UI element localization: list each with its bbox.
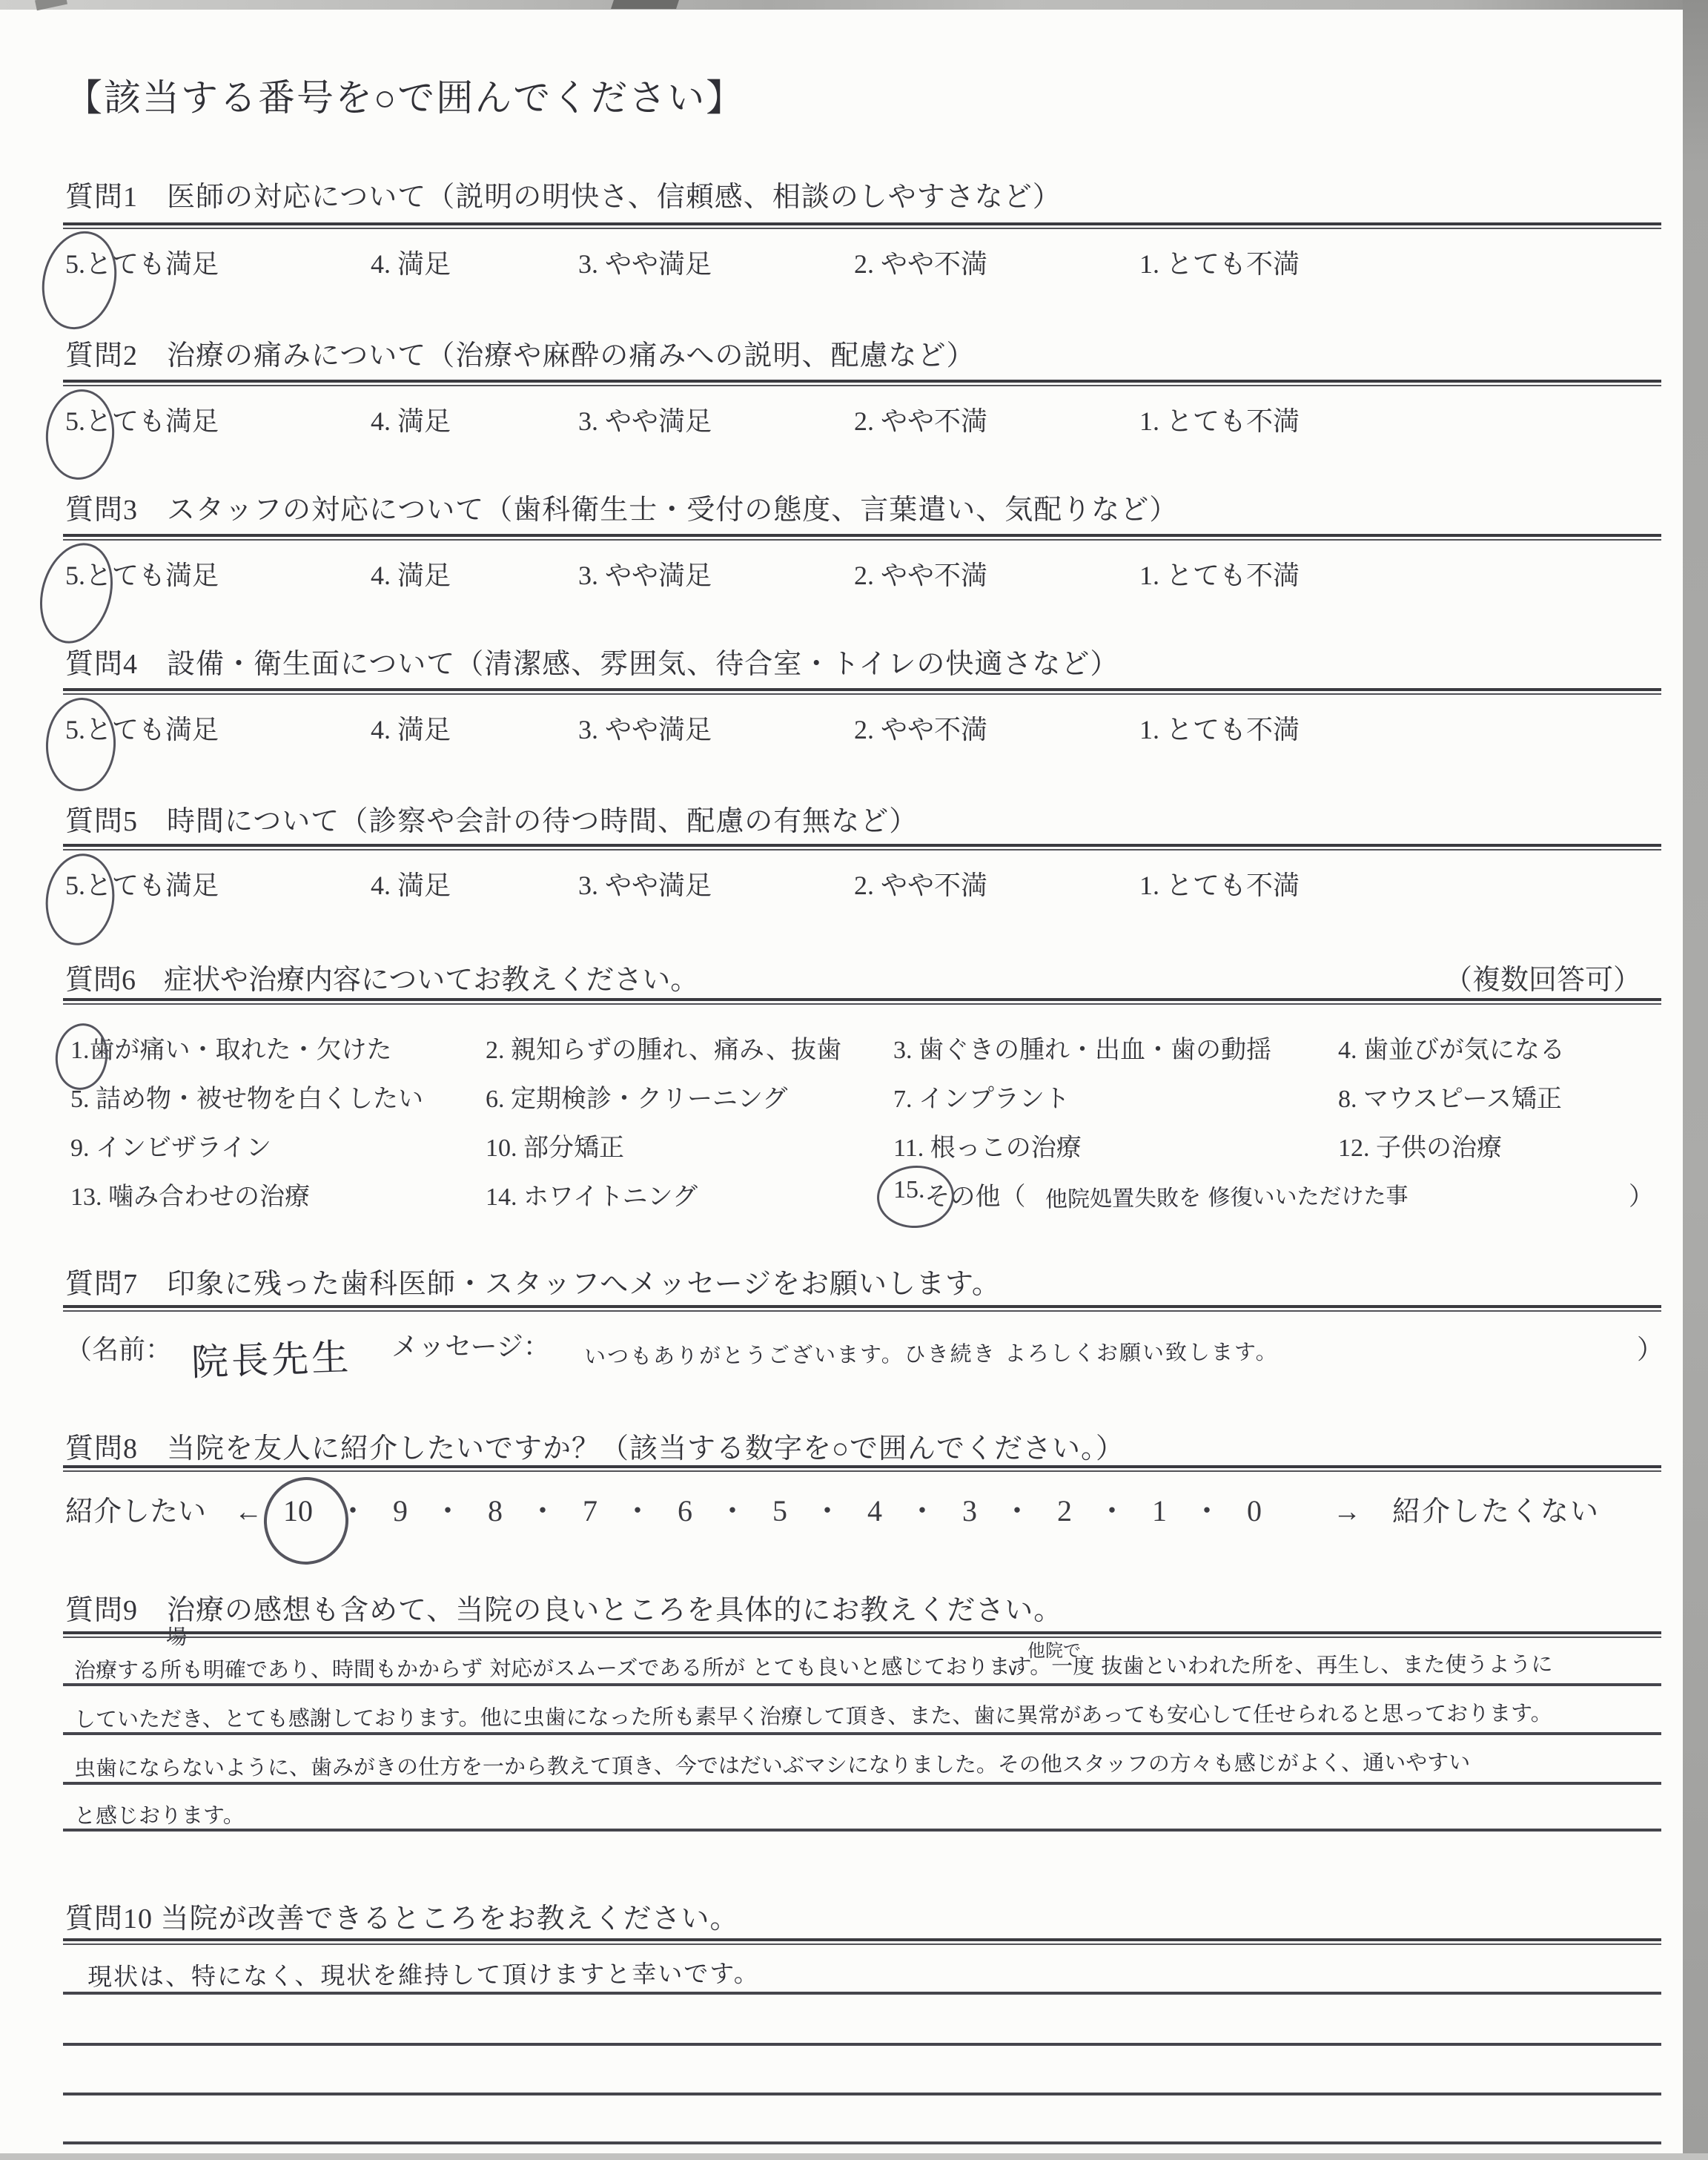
symptom-item-4: 4. 歯並びが気になる — [1338, 1029, 1664, 1066]
handwritten-circle — [42, 386, 118, 483]
option-2: 2. やや不満 — [854, 709, 1139, 747]
option-1: 1. とても不満 — [1139, 865, 1300, 902]
item-number: 3. — [893, 1037, 913, 1064]
option-4: 4. 満足 — [371, 865, 578, 902]
option-3: 3. やや満足 — [578, 709, 854, 747]
divider — [63, 534, 1661, 541]
closing-paren: ） — [1637, 1329, 1664, 1367]
q10-handwritten-answer: 現状は、特になく、現状を維持して頂けますと幸いです。 — [87, 1955, 760, 1993]
item-number: 14. — [486, 1183, 517, 1211]
option-5: 5.とても満足 — [65, 243, 371, 281]
question-6-row-3: 9. インビザライン 10. 部分矯正 11. 根っこの治療 12. 子供の治療 — [70, 1127, 1664, 1163]
question-1-options: 5.とても満足4. 満足3. やや満足2. やや不満1. とても不満 — [65, 243, 1664, 281]
q9-handwritten-line-3: 虫歯にならないように、歯みがきの仕方を一から教えて頂き、今ではだいぶマシになりま… — [74, 1745, 1653, 1782]
q9-handwritten-line-2: していただき、とても感謝しております。他に虫歯になった所も素早く治療して頂き、ま… — [74, 1696, 1653, 1733]
question-2-options: 5.とても満足4. 満足3. やや満足2. やや不満1. とても不満 — [65, 400, 1664, 438]
ruled-line — [63, 2043, 1661, 2046]
question-6-heading: 質問6 症状や治療内容についてお教えください。 — [65, 957, 698, 997]
option-4: 4. 満足 — [371, 400, 578, 438]
symptom-item-3: 3. 歯ぐきの腫れ・出血・歯の動揺 — [893, 1029, 1338, 1066]
item-label: 歯並びが気になる — [1363, 1037, 1565, 1064]
item-label: インプラント — [918, 1086, 1070, 1113]
item-number: 8. — [1338, 1086, 1357, 1113]
symptom-item-7: 7. インプラント — [893, 1078, 1338, 1114]
scanned-survey-page: 【該当する番号を○で囲んでください】 質問1 医師の対応について（説明の明快さ、… — [0, 0, 1708, 2160]
question-3-options: 5.とても満足4. 満足3. やや満足2. やや不満1. とても不満 — [65, 555, 1664, 592]
option-2: 2. やや不満 — [854, 243, 1139, 281]
handwritten-circle — [32, 223, 127, 337]
name-handwritten-value: 院長先生 — [191, 1327, 352, 1386]
question-6-row-2: 5. 詰め物・被せ物を白くしたい 6. 定期検診・クリーニング 7. インプラン… — [70, 1078, 1664, 1114]
option-2: 2. やや不満 — [854, 555, 1139, 592]
item-number: 4. — [1338, 1037, 1357, 1064]
symptom-item-14: 14. ホワイトニング — [486, 1176, 893, 1212]
handwritten-circle — [29, 535, 124, 653]
divider — [63, 1631, 1661, 1638]
symptom-item-13: 13. 噛み合わせの治療 — [70, 1176, 486, 1212]
ruled-line — [63, 1782, 1661, 1785]
item-number: 13. — [70, 1183, 102, 1211]
item-number: 5. — [70, 1086, 90, 1113]
message-handwritten-value: いつもありがとうございます。ひき続き よろしくお願い致します。 — [584, 1335, 1279, 1371]
ruled-line — [63, 1992, 1661, 1995]
option-5: 5.とても満足 — [65, 709, 371, 747]
ruled-line — [63, 1829, 1661, 1832]
symptom-item-12: 12. 子供の治療 — [1338, 1127, 1664, 1163]
question-3-heading: 質問3 スタッフの対応について（歯科衛生士・受付の態度、言葉遣い、気配りなど） — [65, 486, 1178, 527]
item-number: 2. — [486, 1037, 505, 1064]
scan-edge-top — [0, 0, 1708, 10]
item-number: 11. — [893, 1135, 924, 1162]
question-6-row-4: 13. 噛み合わせの治療 14. ホワイトニング 15.その他（他院処置失敗を … — [70, 1176, 1664, 1212]
question-9-heading: 質問9 治療の感想も含めて、当院の良いところを具体的にお教えください。 — [65, 1587, 1062, 1628]
option-3: 3. やや満足 — [578, 400, 854, 438]
symptom-item-1: 1.歯が痛い・取れた・欠けた — [70, 1029, 486, 1066]
item-label: マウスピース矯正 — [1363, 1086, 1562, 1113]
item-label: 根っこの治療 — [930, 1135, 1082, 1162]
ruled-line — [63, 1683, 1661, 1686]
symptom-item-11: 11. 根っこの治療 — [893, 1127, 1338, 1163]
option-3: 3. やや満足 — [578, 865, 854, 902]
item-number: 9. — [70, 1135, 90, 1162]
item-number: 6. — [486, 1086, 505, 1113]
question-6-note: （複数回答可） — [1444, 957, 1641, 997]
q9-handwritten-line-1: 治療する所も明確であり、時間もかからず 対応がスムーズである所が とても良いと感… — [74, 1647, 1653, 1684]
item-label: 噛み合わせの治療 — [108, 1183, 310, 1211]
scan-edge-bottom — [0, 2153, 1708, 2160]
scan-edge-mark — [611, 0, 679, 9]
option-5: 5.とても満足 — [65, 400, 371, 438]
question-8-heading: 質問8 当院を友人に紹介したいですか？（該当する数字を○で囲んでください。） — [65, 1425, 1125, 1466]
question-4-options: 5.とても満足4. 満足3. やや満足2. やや不満1. とても不満 — [65, 709, 1664, 747]
question-4-heading: 質問4 設備・衛生面について（清潔感、雰囲気、待合室・トイレの快適さなど） — [65, 641, 1119, 681]
symptom-item-9: 9. インビザライン — [70, 1127, 486, 1163]
item-number: 12. — [1338, 1135, 1370, 1162]
name-field-label: （名前： — [65, 1329, 172, 1367]
option-5: 5.とても満足 — [65, 555, 371, 592]
item-label: 詰め物・被せ物を白くしたい — [96, 1086, 423, 1113]
question-1-heading: 質問1 医師の対応について（説明の明快さ、信頼感、相談のしやすさなど） — [65, 174, 1062, 214]
scale-right-label: → 紹介したくない — [1333, 1488, 1600, 1529]
option-4: 4. 満足 — [371, 709, 578, 747]
item-label: インビザライン — [96, 1135, 271, 1162]
item-label: 歯が痛い・取れた・欠けた — [90, 1037, 392, 1064]
closing-paren: ） — [1629, 1176, 1654, 1212]
question-5-heading: 質問5 時間について（診察や会計の待つ時間、配慮の有無など） — [65, 798, 918, 839]
option-2: 2. やや不満 — [854, 400, 1139, 438]
divider — [63, 998, 1661, 1005]
other-handwritten-answer: 他院処置失敗を 修復いいただけた事 — [1045, 1177, 1408, 1214]
question-8-scale-row: 紹介したい ← 10 ・ 9 ・ 8 ・ 7 ・ 6 ・ 5 ・ 4 ・ 3 ・… — [65, 1487, 1664, 1530]
option-1: 1. とても不満 — [1139, 243, 1300, 281]
item-label: 歯ぐきの腫れ・出血・歯の動揺 — [918, 1037, 1271, 1064]
option-3: 3. やや満足 — [578, 243, 854, 281]
divider — [63, 1938, 1661, 1945]
handwritten-circle — [875, 1163, 956, 1230]
divider — [63, 380, 1661, 386]
q9-handwritten-line-4: と感じおります。 — [74, 1792, 1653, 1829]
question-2-heading: 質問2 治療の痛みについて（治療や麻酔の痛みへの説明、配慮など） — [65, 332, 975, 373]
question-6-row-1: 1.歯が痛い・取れた・欠けた 2. 親知らずの腫れ、痛み、抜歯 3. 歯ぐきの腫… — [70, 1029, 1664, 1066]
option-3: 3. やや満足 — [578, 555, 854, 592]
message-field-label: メッセージ： — [391, 1326, 550, 1364]
option-1: 1. とても不満 — [1139, 555, 1300, 592]
question-10-heading: 質問10 当院が改善できるところをお教えください。 — [65, 1895, 739, 1936]
divider — [63, 222, 1661, 229]
item-label: 部分矯正 — [523, 1135, 624, 1162]
handwritten-circle — [258, 1472, 354, 1571]
option-5: 5.とても満足 — [65, 865, 371, 902]
question-7-answer-row: （名前： 院長先生 メッセージ： いつもありがとうございます。ひき続き よろしく… — [65, 1329, 1664, 1384]
divider — [63, 1465, 1661, 1472]
option-4: 4. 満足 — [371, 243, 578, 281]
option-2: 2. やや不満 — [854, 865, 1139, 902]
symptom-item-2: 2. 親知らずの腫れ、痛み、抜歯 — [486, 1029, 893, 1066]
ruled-line — [63, 2141, 1661, 2144]
divider — [63, 688, 1661, 695]
option-1: 1. とても不満 — [1139, 709, 1300, 747]
item-label: 子供の治療 — [1376, 1135, 1502, 1162]
ruled-line — [63, 2093, 1661, 2095]
item-label: 親知らずの腫れ、痛み、抜歯 — [511, 1037, 841, 1064]
question-7-heading: 質問7 印象に残った歯科医師・スタッフへメッセージをお願いします。 — [65, 1261, 1001, 1301]
divider — [63, 1305, 1661, 1312]
symptom-item-15: 15.その他（他院処置失敗を 修復いいただけた事） — [893, 1176, 1664, 1212]
item-label: ホワイトニング — [523, 1183, 698, 1211]
symptom-item-6: 6. 定期検診・クリーニング — [486, 1078, 893, 1114]
scan-edge-right — [1683, 0, 1708, 2160]
symptom-item-5: 5. 詰め物・被せ物を白くしたい — [70, 1078, 486, 1114]
symptom-item-10: 10. 部分矯正 — [486, 1127, 893, 1163]
handwritten-circle — [44, 696, 118, 793]
ruled-line — [63, 1732, 1661, 1735]
item-number: 10. — [486, 1135, 517, 1162]
item-label: 定期検診・クリーニング — [511, 1086, 787, 1113]
option-4: 4. 満足 — [371, 555, 578, 592]
question-5-options: 5.とても満足4. 満足3. やや満足2. やや不満1. とても不満 — [65, 865, 1664, 902]
handwritten-circle — [40, 849, 120, 950]
scale-left-label: 紹介したい ← — [65, 1488, 262, 1529]
scale-numbers: ・ 9 ・ 8 ・ 7 ・ 6 ・ 5 ・ 4 ・ 3 ・ 2 ・ 1 ・ 0 — [338, 1487, 1268, 1530]
symptom-item-8: 8. マウスピース矯正 — [1338, 1078, 1664, 1114]
page-title: 【該当する番号を○で囲んでください】 — [65, 68, 744, 122]
divider — [63, 844, 1661, 851]
option-1: 1. とても不満 — [1139, 400, 1300, 438]
item-number: 7. — [893, 1086, 913, 1113]
